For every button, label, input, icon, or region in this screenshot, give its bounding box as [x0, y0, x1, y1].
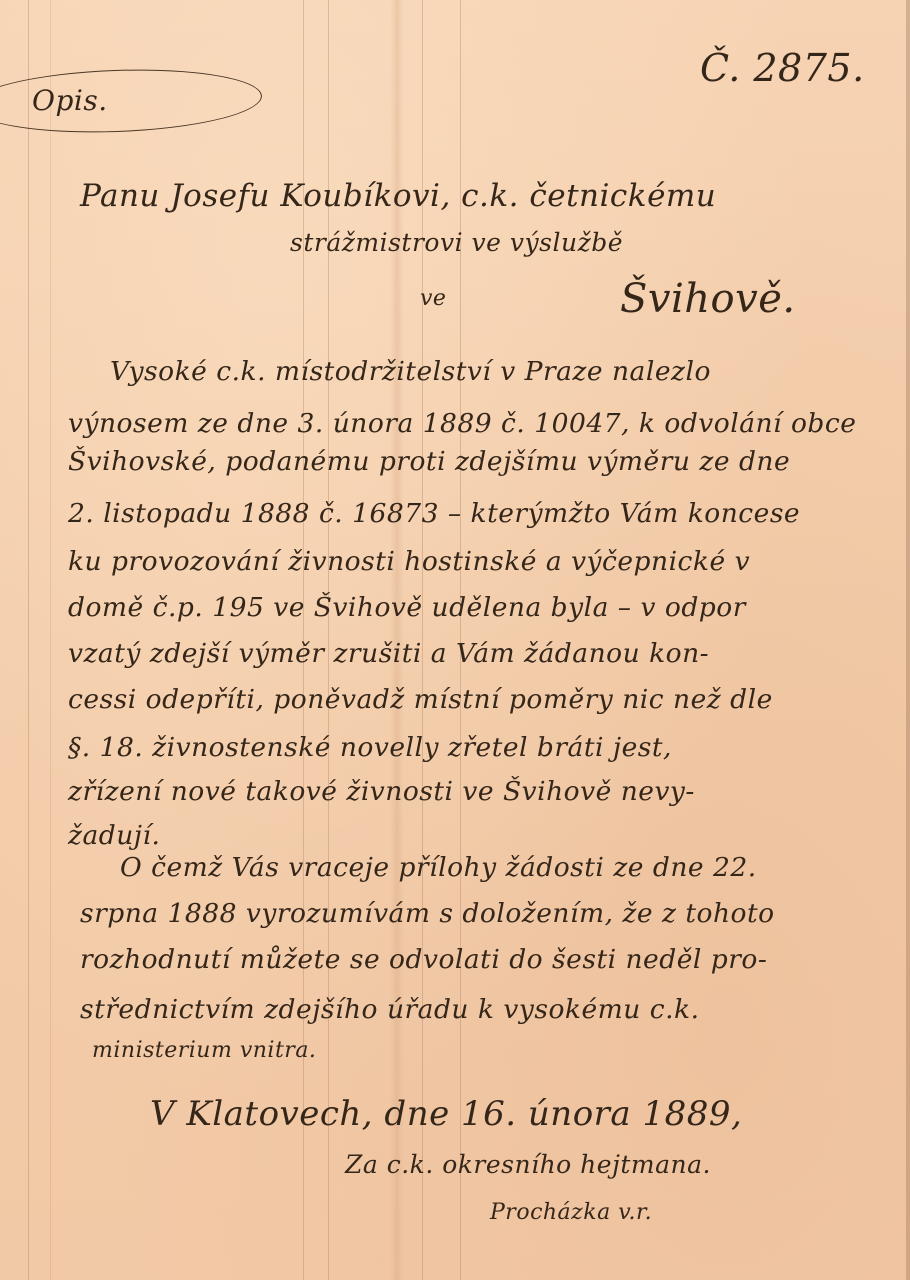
text-line: Švihovské, podanému proti zdejšímu výměr… [68, 446, 790, 477]
text-line: zřízení nové takové živnosti ve Švihově … [68, 776, 695, 807]
text-line: výnosem ze dne 3. února 1889 č. 10047, k… [68, 408, 856, 439]
text-line: 2. listopadu 1888 č. 16873 – kterýmžto V… [68, 498, 800, 529]
text-line: střednictvím zdejšího úřadu k vysokému c… [80, 994, 700, 1025]
text-line: O čemž Vás vraceje přílohy žádosti ze dn… [120, 852, 757, 883]
ruling-line [50, 0, 51, 1280]
ruling-line [28, 0, 29, 1280]
reference-number: Č. 2875. [700, 46, 865, 90]
text-line: vzatý zdejší výměr zrušiti a Vám žádanou… [68, 638, 709, 669]
text-line: žadují. [68, 820, 160, 851]
text-line: ministerium vnitra. [92, 1038, 316, 1063]
signature: Procházka v.r. [490, 1200, 652, 1225]
paper-edge [906, 0, 910, 1280]
address-place: Švihově. [620, 276, 796, 322]
place-date: V Klatovech, dne 16. února 1889, [150, 1094, 742, 1134]
text-line: srpna 1888 vyrozumívám s doložením, že z… [80, 898, 775, 929]
address-line: Panu Josefu Koubíkovi, c.k. četnickému [80, 178, 716, 214]
on-behalf-line: Za c.k. okresního hejtmana. [345, 1150, 711, 1179]
text-line: §. 18. živnostenské novelly zřetel bráti… [68, 732, 672, 763]
text-line: cessi odepříti, poněvadž místní poměry n… [68, 684, 773, 715]
text-line: rozhodnutí můžete se odvolati do šesti n… [80, 944, 767, 975]
opis-label: Opis. [32, 84, 108, 117]
text-line: Vysoké c.k. místodržitelství v Praze nal… [110, 356, 711, 387]
text-line: domě č.p. 195 ve Švihově udělena byla – … [68, 592, 746, 623]
text-line: ku provozování živnosti hostinské a výče… [68, 546, 750, 577]
address-line: strážmistrovi ve výslužbě [290, 228, 623, 257]
address-line: ve [420, 286, 446, 311]
